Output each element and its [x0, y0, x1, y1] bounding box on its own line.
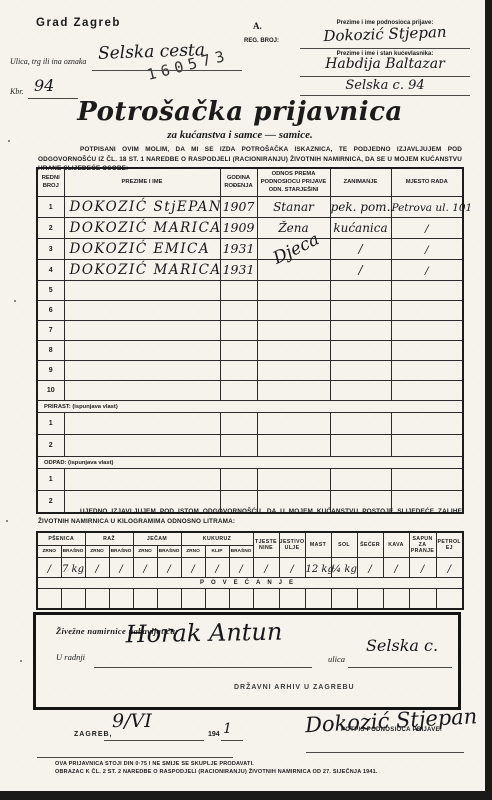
signature-underline — [306, 752, 464, 753]
supply-value: ¼ kg — [332, 564, 357, 575]
col-header-prezime-ime: PREZIME I IME — [64, 168, 220, 197]
table-row: 9 — [37, 361, 463, 381]
footer-line-2: OBRAZAC K ČL. 2 ST. 2 NAREDBE O RASPODJE… — [55, 769, 378, 775]
occupation-handwritten: kućanica — [333, 221, 387, 235]
scan-speck — [14, 300, 16, 302]
row-number: 5 — [37, 281, 64, 301]
scanned-form-page: Grad Zagreb A. REG. BROJ: 160573 Ulica, … — [0, 0, 492, 800]
col-header-zanimanje: ZANIMANJE — [330, 168, 391, 197]
row-number: 1 — [37, 469, 64, 491]
col-sapun: SAPUN ZA PRANJE — [409, 532, 436, 558]
group-psenica: PŠENICA — [37, 532, 85, 546]
persons-table: REDNI BROJ PREZIME I IME GODINA ROĐENJA … — [36, 167, 464, 514]
supply-value: / — [95, 564, 98, 575]
prirast-row: 2 — [37, 435, 463, 457]
scan-speck — [20, 660, 22, 662]
date-underline — [104, 740, 204, 741]
relation-handwritten: Stanar — [273, 200, 314, 214]
col-header-redni-broj: REDNI BROJ — [37, 168, 64, 197]
street-underline — [92, 70, 242, 71]
row-number: 10 — [37, 381, 64, 401]
table-row: 8 — [37, 341, 463, 361]
sub-col: ZRNO — [37, 546, 61, 558]
table-row: 1 DOKOZIĆ StjEPAN 1907 Stanar pek. pom. … — [37, 197, 463, 218]
row-number: 2 — [37, 218, 64, 239]
supply-value: 7 kg — [62, 564, 84, 575]
footer-line-1: OVA PRIJAVNICA STOJI DIN 0·75 I NE SMIJE… — [55, 761, 254, 767]
row-number: 2 — [37, 435, 64, 457]
owner-name-handwritten: Habdija Baltazar — [300, 56, 470, 72]
street-label: Ulica, trg ili ina oznaka — [10, 57, 86, 66]
supply-value: / — [448, 564, 451, 575]
supply-value: / — [143, 564, 146, 575]
section-letter: A. — [253, 21, 262, 31]
row-number: 1 — [37, 197, 64, 218]
row-number: 8 — [37, 341, 64, 361]
footer-rule — [37, 757, 233, 758]
odpad-label: ODPAD: (ispunjava vlast) — [37, 457, 463, 469]
col-tjestenine: TJESTENINE — [253, 532, 279, 558]
sub-col: KLIP — [205, 546, 229, 558]
col-petrolej: PETROLEJ — [436, 532, 463, 558]
shop-street-handwritten: Selska c. — [350, 636, 454, 655]
sub-col: BRAŠNO — [157, 546, 181, 558]
group-kukuruz: KUKURUZ — [181, 532, 253, 546]
table-row: 2 DOKOZIĆ MARICA 1909 Žena kućanica / — [37, 218, 463, 239]
col-secer: ŠEĆER — [357, 532, 383, 558]
sub-col: ZRNO — [181, 546, 205, 558]
supplies-group-header-row: PŠENICA RAŽ JEČAM KUKURUZ TJESTENINE JES… — [37, 532, 463, 546]
supplies-declaration: UJEDNO IZJAVLJUJEM POD ISTOM ODGOVORNOŠĆ… — [38, 507, 462, 526]
sub-col: BRAŠNO — [229, 546, 253, 558]
col-jestivo-ulje: JESTIVO ULJE — [279, 532, 305, 558]
supply-value: / — [215, 564, 218, 575]
scan-edge-bottom — [0, 791, 492, 800]
supply-value: 12 kg — [306, 564, 334, 575]
year-underline — [221, 740, 243, 741]
workplace-handwritten: / — [425, 244, 429, 256]
table-row: 5 — [37, 281, 463, 301]
supply-value: / — [421, 564, 424, 575]
scan-speck — [6, 520, 8, 522]
supply-value: / — [290, 564, 293, 575]
table-row: 10 — [37, 381, 463, 401]
shop-declaration-box: Živežne namirnice nabavljat ću: U radnji… — [33, 612, 461, 710]
col-sol: SOL — [331, 532, 357, 558]
scan-speck — [8, 140, 10, 142]
sub-col: BRAŠNO — [61, 546, 85, 558]
row-number: 7 — [37, 321, 64, 341]
row-number: 3 — [37, 239, 64, 260]
table-row: 7 — [37, 321, 463, 341]
supplies-values-row: / 7 kg / / / / / / / / / 12 kg ¼ kg / / … — [37, 558, 463, 578]
name-handwritten: DOKOZIĆ StjEPAN — [65, 199, 223, 215]
applicant-underline — [300, 48, 470, 49]
supply-value: / — [48, 564, 51, 575]
persons-table-header-row: REDNI BROJ PREZIME I IME GODINA ROĐENJA … — [37, 168, 463, 197]
group-raz: RAŽ — [85, 532, 133, 546]
col-header-odnos: ODNOS PREMA PODNOSIOCU PRIJAVE ODN. STAR… — [257, 168, 330, 197]
form-subtitle: za kućanstva i samce — samice. — [0, 129, 480, 141]
year-handwritten: 1931 — [223, 262, 255, 277]
supplies-table: PŠENICA RAŽ JEČAM KUKURUZ TJESTENINE JES… — [36, 531, 464, 610]
shop-name-underline — [94, 667, 312, 668]
supply-value: / — [191, 564, 194, 575]
year-handwritten: 1907 — [223, 199, 255, 214]
table-row: 6 — [37, 301, 463, 321]
occupation-handwritten: / — [358, 263, 362, 277]
povecanje-label: POVEĆANJE — [37, 578, 463, 589]
house-number-label: Kbr. — [10, 87, 24, 96]
col-header-godina: GODINA ROĐENJA — [220, 168, 257, 197]
shop-street-label: ulica — [328, 654, 345, 664]
place-label: ZAGREB, — [74, 731, 113, 738]
year-handwritten: 1909 — [223, 220, 255, 235]
sub-col: ZRNO — [85, 546, 109, 558]
prirast-band: PRIRAST: (ispunjava vlast) — [37, 401, 463, 413]
row-number: 1 — [37, 413, 64, 435]
owner-underline — [300, 76, 470, 77]
sub-col: ZRNO — [133, 546, 157, 558]
prirast-row: 1 — [37, 413, 463, 435]
group-jecam: JEČAM — [133, 532, 181, 546]
form-title: Potrošačka prijavnica — [0, 97, 480, 127]
odpad-band: ODPAD: (ispunjava vlast) — [37, 457, 463, 469]
date-handwritten: 9/VI — [112, 710, 152, 732]
year-handwritten: 1931 — [223, 241, 255, 256]
occupation-handwritten: pek. pom. — [331, 200, 391, 214]
sub-col: BRAŠNO — [109, 546, 133, 558]
archive-stamp: DRŽAVNI ARHIV U ZAGREBU — [234, 684, 355, 691]
reg-number-label: REG. BROJ: — [244, 38, 279, 44]
supply-value: / — [368, 564, 371, 575]
supply-value: / — [239, 564, 242, 575]
owner-address-handwritten: Selska c. 94 — [300, 78, 470, 93]
col-header-mjesto-rada: MJESTO RADA — [391, 168, 463, 197]
name-handwritten: DOKOZIĆ EMICA — [65, 241, 211, 257]
supply-value: / — [167, 564, 170, 575]
prirast-label: PRIRAST: (ispunjava vlast) — [37, 401, 463, 413]
year-handwritten-digit: 1 — [223, 721, 232, 737]
odpad-row: 1 — [37, 469, 463, 491]
supply-value: / — [119, 564, 122, 575]
workplace-handwritten: / — [425, 265, 429, 277]
supplies-empty-row — [37, 589, 463, 610]
povecanje-band: POVEĆANJE — [37, 578, 463, 589]
col-mast: MAST — [305, 532, 331, 558]
name-handwritten: DOKOZIĆ MARICA — [65, 220, 222, 236]
workplace-handwritten: / — [425, 223, 429, 235]
year-printed: 194 — [208, 731, 220, 738]
supply-value: / — [394, 564, 397, 575]
name-handwritten: DOKOZIĆ MARICA — [65, 262, 222, 278]
workplace-handwritten: Petrova ul. 101 — [392, 202, 473, 214]
city-heading: Grad Zagreb — [36, 17, 121, 29]
shop-name-handwritten: Horak Antun — [98, 617, 310, 649]
house-number-handwritten: 94 — [34, 76, 54, 95]
shop-name-label: U radnji — [56, 652, 85, 662]
row-number: 6 — [37, 301, 64, 321]
occupation-handwritten: / — [358, 242, 362, 256]
owner-address-underline — [300, 95, 470, 96]
supply-value: / — [264, 564, 267, 575]
col-kava: KAVA — [383, 532, 409, 558]
table-row: 4 DOKOZIĆ MARICA 1931 / / — [37, 260, 463, 281]
shop-street-underline — [348, 667, 452, 668]
row-number: 9 — [37, 361, 64, 381]
street-handwritten: Selska cesta — [98, 40, 206, 64]
scan-edge-right — [485, 0, 492, 800]
table-row: 3 DOKOZIĆ EMICA 1931 Djeca / / — [37, 239, 463, 260]
row-number: 4 — [37, 260, 64, 281]
